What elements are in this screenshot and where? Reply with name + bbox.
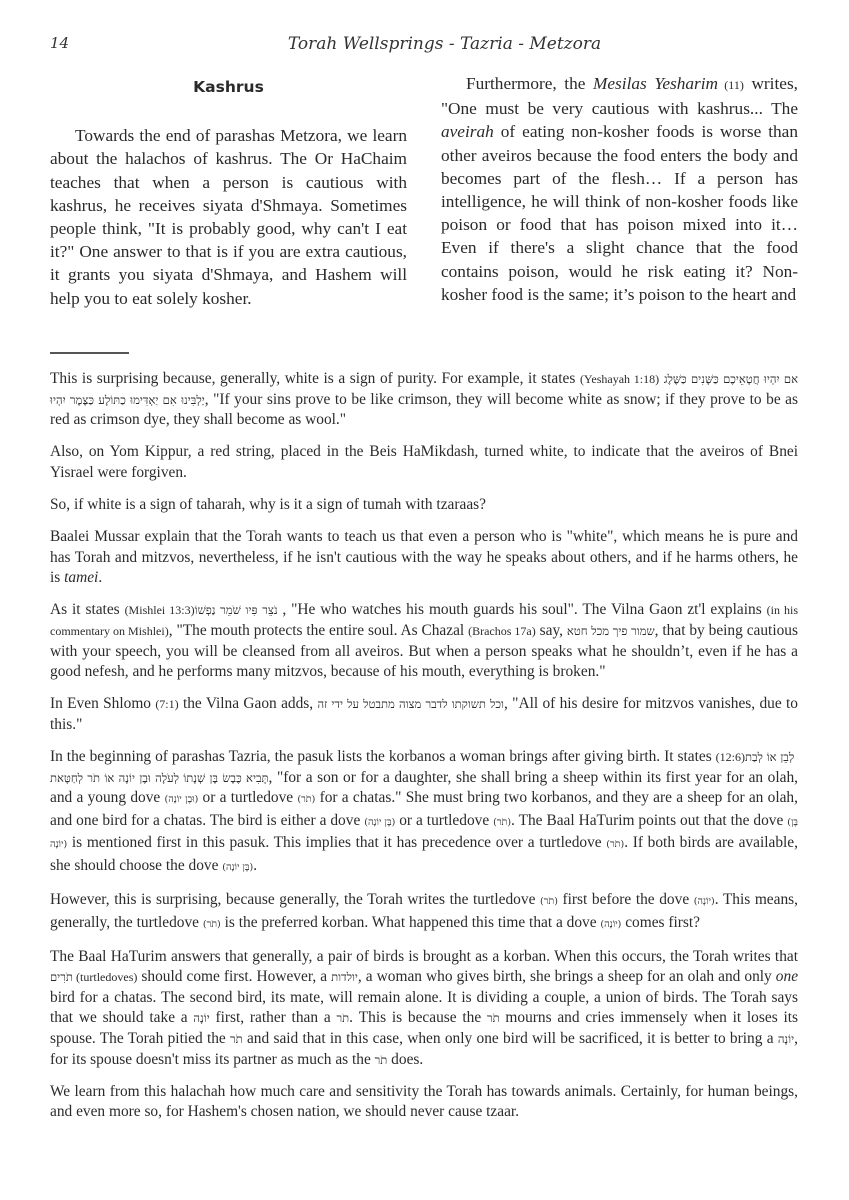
- main-text-columns: Kashrus Towards the end of parashas Metz…: [50, 72, 798, 310]
- emphasized-term: tamei: [64, 569, 98, 586]
- source-reference: (12:6): [716, 750, 745, 764]
- hebrew-term: (יוֹנָה): [600, 919, 621, 930]
- footnote-paragraph: The Baal HaTurim answers that generally,…: [50, 947, 798, 1071]
- text-segment: . This is because the: [349, 1009, 487, 1026]
- footnote-paragraph: This is surprising because, generally, w…: [50, 369, 798, 431]
- hebrew-term: (וּבֶן יוֹנָה): [165, 794, 199, 805]
- footnotes: This is surprising because, generally, w…: [50, 369, 798, 1134]
- text-segment: is the preferred korban. What happened t…: [221, 914, 601, 931]
- source-reference: (Yeshayah 1:18): [580, 372, 659, 386]
- text-segment: of eating non-kosher foods is worse than…: [441, 122, 798, 303]
- hebrew-term: (תֹר): [203, 919, 221, 930]
- text-segment: should come first. However, a: [137, 968, 331, 985]
- hebrew-term: תֹר: [336, 1011, 349, 1025]
- text-segment: .: [98, 569, 102, 586]
- page-header: 14 Torah Wellsprings - Tazria - Metzora: [0, 34, 849, 58]
- source-reference: (turtledoves): [73, 970, 138, 984]
- text-segment: or a turtledove: [198, 789, 297, 806]
- text-segment: and said that in this case, when only on…: [243, 1030, 778, 1047]
- footnote-paragraph: So, if white is a sign of taharah, why i…: [50, 495, 798, 516]
- text-segment: The Baal HaTurim answers that generally,…: [50, 948, 798, 965]
- text-segment: In the beginning of parashas Tazria, the…: [50, 748, 716, 765]
- hebrew-term: (תֹר): [297, 794, 315, 805]
- text-segment: , "The mouth protects the entire soul. A…: [169, 622, 468, 639]
- footnote-divider: [50, 352, 129, 354]
- hebrew-term: (בֶּן יוֹנָה): [364, 817, 395, 828]
- footnote-paragraph: However, this is surprising, because gen…: [50, 890, 798, 935]
- text-segment: However, this is surprising, because gen…: [50, 891, 540, 908]
- footnote-paragraph: We learn from this halachah how much car…: [50, 1082, 798, 1123]
- text-segment: comes first?: [621, 914, 700, 931]
- hebrew-term: (תֹר): [606, 839, 624, 850]
- text-segment: say,: [536, 622, 567, 639]
- footnote-paragraph: In Even Shlomo (7:1) the Vilna Gaon adds…: [50, 694, 798, 735]
- footnote-paragraph: As it states (Mishlei 13:3) נֹצֵר פִּיו …: [50, 600, 798, 682]
- text-segment: .: [253, 857, 257, 874]
- hebrew-term: יוֹנָה: [193, 1011, 209, 1025]
- text-segment: As it states: [50, 601, 125, 618]
- source-reference: (11): [718, 78, 744, 92]
- book-title: Mesilas Yesharim: [593, 74, 718, 93]
- left-column: Kashrus Towards the end of parashas Metz…: [50, 72, 407, 310]
- emphasized-term: aveirah: [441, 122, 494, 141]
- hebrew-term: תֹר: [487, 1011, 500, 1025]
- hebrew-term: יולדות: [331, 970, 358, 984]
- hebrew-term: תֹר: [230, 1032, 243, 1046]
- text-segment: first, rather than a: [210, 1009, 337, 1026]
- emphasized-term: one: [776, 968, 798, 985]
- hebrew-term: (תֹר): [540, 896, 558, 907]
- section-heading-kashrus: Kashrus: [50, 76, 407, 99]
- text-segment: Baalei Mussar explain that the Torah wan…: [50, 528, 798, 586]
- text-segment: Furthermore, the: [466, 74, 593, 93]
- text-segment: is mentioned first in this pasuk. This i…: [67, 834, 606, 851]
- footnote-paragraph: Also, on Yom Kippur, a red string, place…: [50, 442, 798, 483]
- footnote-paragraph: Baalei Mussar explain that the Torah wan…: [50, 527, 798, 589]
- source-reference: (Mishlei 13:3): [125, 603, 195, 617]
- text-segment: the Vilna Gaon adds,: [179, 695, 318, 712]
- text-segment: does.: [387, 1051, 423, 1068]
- source-reference: (Brachos 17a): [468, 624, 536, 638]
- text-segment: first before the dove: [558, 891, 694, 908]
- hebrew-quote: נֹצֵר פִּיו שֹׁמֵר נַפְשׁוֹ: [195, 603, 283, 617]
- text-segment: . The Baal HaTurim points out that the d…: [511, 812, 787, 829]
- hebrew-quote: שמור פיך מכל חטא: [567, 624, 655, 638]
- hebrew-term: (בֶּן יוֹנָה): [222, 862, 253, 873]
- hebrew-term: (יוֹנָה): [694, 896, 715, 907]
- text-segment: In Even Shlomo: [50, 695, 155, 712]
- source-reference: (7:1): [155, 697, 178, 711]
- running-head: Torah Wellsprings - Tazria - Metzora: [0, 34, 849, 54]
- hebrew-quote: וכל תשוקתו לדבר מצוה מתבטל על ידי זה: [317, 697, 504, 711]
- hebrew-term: תֹר: [375, 1053, 388, 1067]
- text-segment: , a woman who gives birth, she brings a …: [358, 968, 776, 985]
- left-column-paragraph: Towards the end of parashas Metzora, we …: [50, 124, 407, 310]
- hebrew-term: יוֹנָה: [778, 1032, 794, 1046]
- right-column-paragraph: Furthermore, the Mesilas Yesharim (11) w…: [441, 72, 798, 306]
- text-segment: This is surprising because, generally, w…: [50, 370, 580, 387]
- text-segment: or a turtledove: [395, 812, 493, 829]
- right-column: Furthermore, the Mesilas Yesharim (11) w…: [441, 72, 798, 310]
- hebrew-term: תֹרִים: [50, 970, 73, 984]
- footnote-paragraph: In the beginning of parashas Tazria, the…: [50, 747, 798, 879]
- hebrew-term: (תֹר): [493, 817, 511, 828]
- text-segment: , "He who watches his mouth guards his s…: [282, 601, 766, 618]
